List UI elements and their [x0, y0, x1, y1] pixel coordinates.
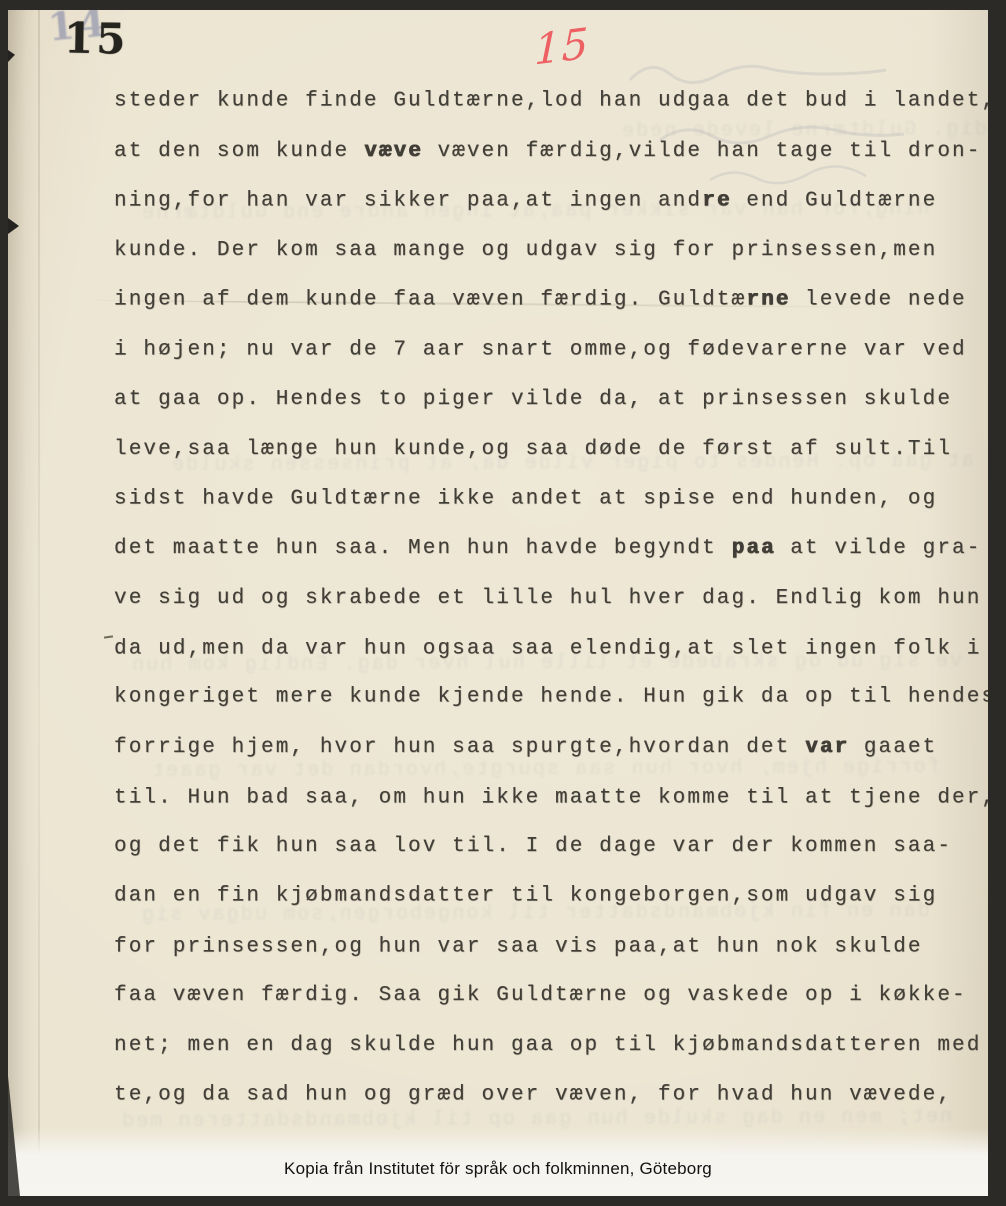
typed-text-segment: gaaet: [849, 736, 937, 759]
typed-line: ning,for han var sikker paa,at ingen and…: [114, 177, 1006, 227]
typed-line: dan en fin kjøbmandsdatter til kongeborg…: [114, 872, 1006, 922]
typed-text-segment: levede nede: [790, 288, 966, 311]
typed-text-segment: da ud,men da var hun ogsaa saa elendig,a…: [114, 637, 981, 660]
typed-line: for prinsessen,og hun var saa vis paa,at…: [114, 922, 1006, 972]
typed-text-segment: end Guldtærne: [732, 190, 938, 213]
typed-text-segment: det maatte hun saa. Men hun havde begynd…: [114, 537, 732, 560]
typed-page-number: 15: [64, 13, 129, 63]
scan-border-right: [988, 0, 1006, 1206]
typed-text-segment: at vilde gra-: [776, 537, 982, 560]
typed-line: sidst havde Guldtærne ikke andet at spis…: [114, 474, 1006, 524]
overstruck-text: var: [805, 736, 849, 759]
paper-fold-crease: [38, 10, 40, 1196]
typed-line: og det fik hun saa lov til. I de dage va…: [114, 822, 1006, 872]
scan-border-bottom: [0, 1196, 1006, 1206]
overstruck-text: væve: [364, 140, 423, 163]
typed-line: i højen; nu var de 7 aar snart omme,og f…: [114, 326, 1006, 376]
typed-line: kunde. Der kom saa mange og udgav sig fo…: [114, 226, 1006, 276]
typed-text-segment: kunde. Der kom saa mange og udgav sig fo…: [114, 239, 937, 262]
typed-line: at den som kunde væve væven færdig,vilde…: [114, 127, 1006, 177]
typed-line: ve sig ud og skrabede et lille hul hver …: [114, 574, 1006, 624]
typed-text-segment: forrige hjem, hvor hun saa spurgte,hvord…: [114, 736, 805, 759]
typed-line: faa væven færdig. Saa gik Guldtærne og v…: [114, 971, 1006, 1021]
typed-text-segment: at den som kunde: [114, 140, 364, 163]
typed-text-segment: at gaa op. Hendes to piger vilde da, at …: [114, 388, 952, 411]
typed-line: te,og da sad hun og græd over væven, for…: [114, 1070, 1006, 1120]
typed-text-segment: kongeriget mere kunde kjende hende. Hun …: [114, 686, 996, 709]
typed-text-segment: net; men en dag skulde hun gaa op til kj…: [114, 1034, 981, 1057]
typed-text-segment: og det fik hun saa lov til. I de dage va…: [114, 835, 952, 858]
typed-text-segment: i højen; nu var de 7 aar snart omme,og f…: [114, 339, 967, 362]
typed-text-segment: steder kunde finde Guldtærne,lod han udg…: [114, 90, 996, 113]
typed-text-segment: for prinsessen,og hun var saa vis paa,at…: [114, 935, 923, 958]
typed-text-segment: faa væven færdig. Saa gik Guldtærne og v…: [114, 984, 967, 1007]
typed-text-segment: te,og da sad hun og græd over væven, for…: [114, 1083, 952, 1106]
typed-text-segment: ingen af dem kunde faa væven færdig. Gul…: [114, 288, 746, 311]
scan-border-left: [0, 0, 8, 1206]
overstruck-text: rne: [746, 288, 790, 311]
caption-strip: Kopia från Institutet för språk och folk…: [8, 1128, 988, 1196]
typed-text-segment: til. Hun bad saa, om hun ikke maatte kom…: [114, 786, 996, 809]
typed-line: steder kunde finde Guldtærne,lod han udg…: [114, 77, 1006, 127]
scanned-document-screenshot: { "page": { "typed_page_number": "15", "…: [0, 0, 1006, 1206]
typed-line: leve,saa længe hun kunde,og saa døde de …: [114, 425, 1006, 475]
archive-caption: Kopia från Institutet för språk och folk…: [284, 1145, 712, 1179]
typed-text-segment: ve sig ud og skrabede et lille hul hver …: [114, 587, 981, 610]
typed-text-segment: leve,saa længe hun kunde,og saa døde de …: [114, 438, 952, 461]
typed-line: til. Hun bad saa, om hun ikke maatte kom…: [114, 773, 1006, 823]
typed-line: det maatte hun saa. Men hun havde begynd…: [114, 524, 1006, 574]
typed-line: ingen af dem kunde faa væven færdig. Gul…: [114, 275, 1006, 325]
typed-line: at gaa op. Hendes to piger vilde da, at …: [114, 375, 1006, 425]
scan-border-top: [0, 0, 1006, 10]
typed-text-segment: dan en fin kjøbmandsdatter til kongeborg…: [114, 885, 937, 908]
overstruck-text: paa: [732, 537, 776, 560]
typed-text-segment: sidst havde Guldtærne ikke andet at spis…: [114, 487, 937, 510]
typed-text-segment: ning,for han var sikker paa,at ingen and: [114, 190, 702, 213]
typed-line: net; men en dag skulde hun gaa op til kj…: [114, 1021, 1006, 1071]
typed-text: steder kunde finde Guldtærne,lod han udg…: [114, 77, 1006, 1120]
handwritten-page-number: 15: [534, 18, 590, 74]
typed-line: da ud,men da var hun ogsaa saa elendig,a…: [114, 624, 1006, 674]
overstruck-text: re: [702, 190, 731, 213]
typed-line: forrige hjem, hvor hun saa spurgte,hvord…: [114, 723, 1006, 773]
typed-line: kongeriget mere kunde kjende hende. Hun …: [114, 673, 1006, 723]
typed-text-segment: væven færdig,vilde han tage til dron-: [423, 140, 982, 163]
